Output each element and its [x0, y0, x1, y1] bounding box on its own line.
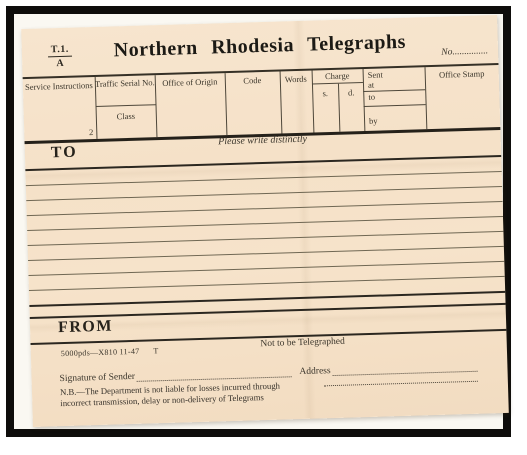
ruled-line: [28, 261, 504, 276]
telegram-form: T.1. A Northern Rhodesia Telegraphs No..…: [21, 15, 509, 427]
print-reference-code: 5000pds—X810 11-47: [61, 347, 140, 358]
to-label: TO: [51, 144, 78, 163]
ruled-line: [28, 246, 504, 261]
from-label: FROM: [58, 318, 113, 338]
nb-disclaimer: N.B.—The Department is not liable for lo…: [60, 379, 323, 410]
signature-label: Signature of Sender: [59, 372, 135, 384]
words-label: Words: [280, 71, 312, 86]
print-reference-suffix: T: [153, 346, 158, 355]
ruled-line: [30, 303, 506, 319]
office-of-origin-cell: Office of Origin: [155, 73, 228, 137]
form-title: Northern Rhodesia Telegraphs: [22, 28, 498, 65]
address-label: Address: [299, 366, 330, 377]
words-cell: Words: [280, 71, 315, 134]
ruled-line: [27, 216, 503, 231]
ruled-line: [25, 155, 501, 171]
office-of-origin-label: Office of Origin: [155, 73, 225, 89]
office-stamp-cell: Office Stamp: [425, 65, 501, 129]
address-dotted-line: [332, 361, 477, 376]
charge-label: Charge: [312, 69, 363, 85]
code-cell: Code: [225, 71, 283, 135]
service-footnote: 2: [89, 128, 94, 138]
address-field: Address: [299, 361, 477, 377]
address-overflow-dotted-line: [324, 380, 478, 387]
signature-dotted-line: [137, 366, 292, 382]
ruled-line: [28, 231, 504, 246]
code-label: Code: [225, 72, 280, 87]
ruled-line: [26, 186, 502, 201]
charge-shillings-label: s.: [312, 84, 340, 133]
not-to-be-telegraphed-note: Not to be Telegraphed: [260, 337, 345, 349]
office-stamp-label: Office Stamp: [425, 65, 499, 81]
service-instructions-cell: Service Instructions 2: [23, 77, 98, 141]
ruled-line: [29, 276, 505, 291]
traffic-serial-label: Traffic Serial No.: [95, 75, 156, 107]
traffic-serial-cell: Traffic Serial No. Class: [95, 75, 158, 139]
sent-cell: Sent at to by: [363, 67, 428, 131]
ruled-line: [26, 171, 502, 186]
charge-cell: Charge s. d.: [312, 69, 366, 133]
charge-pence-label: d.: [339, 83, 364, 132]
service-instructions-label: Service Instructions: [23, 77, 95, 93]
sent-by-label: by: [364, 105, 427, 127]
class-label: Class: [96, 105, 156, 123]
telegram-number-field: No...............: [441, 46, 488, 57]
print-reference: 5000pds—X810 11-47T: [61, 346, 159, 358]
ruled-line: [27, 201, 503, 216]
